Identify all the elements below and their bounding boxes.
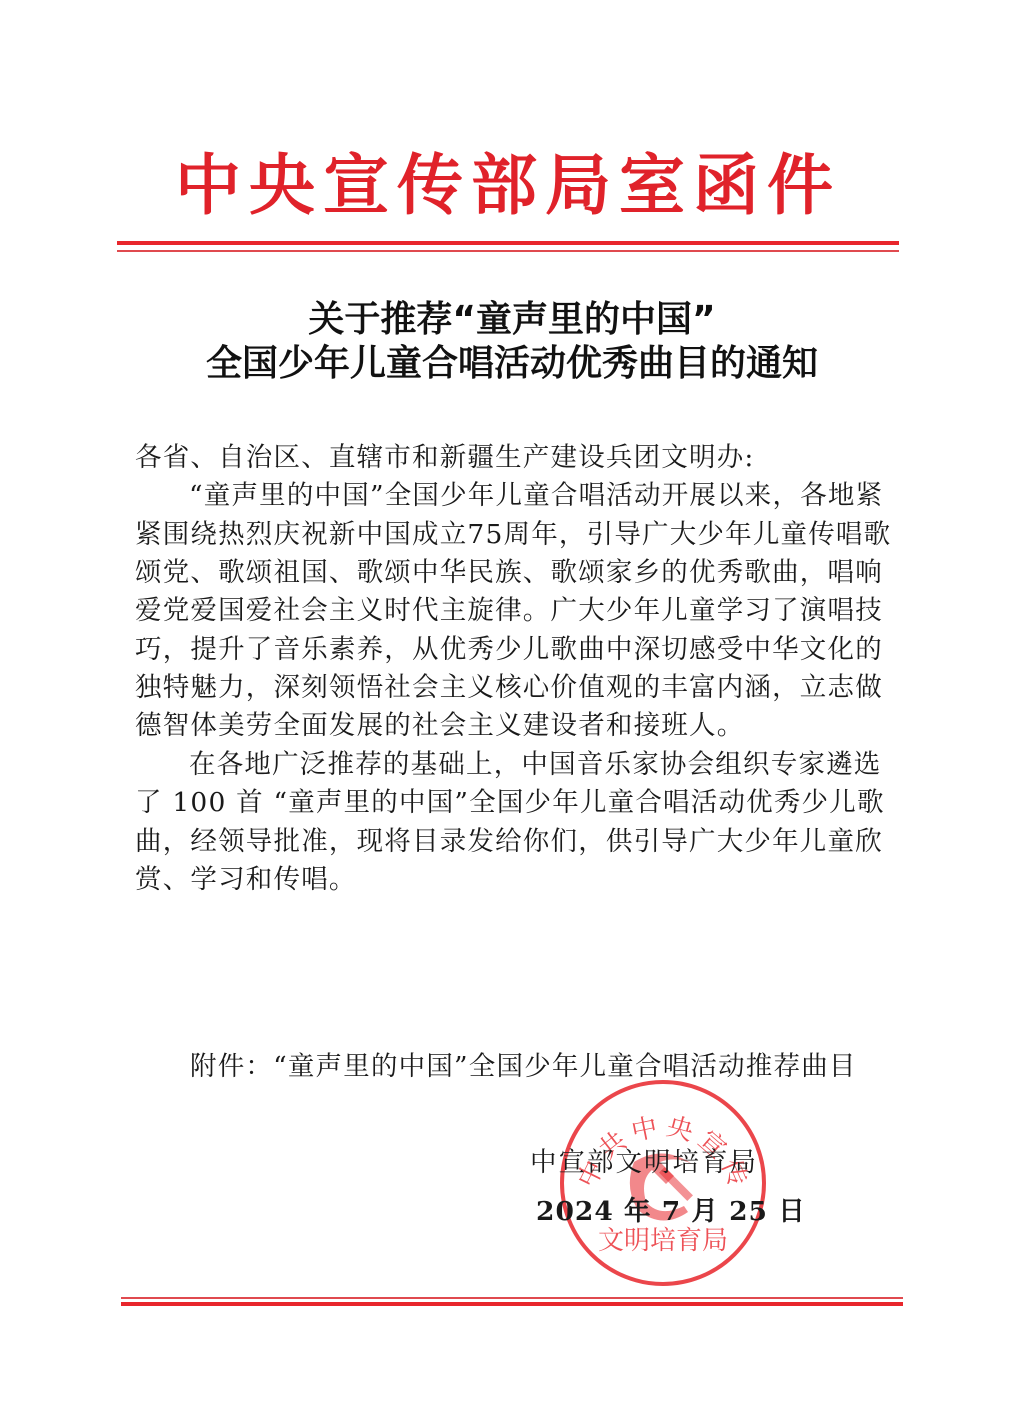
body-line: 巧，提升了音乐素养，从优秀少儿歌曲中深切感受中华文化的: [135, 631, 883, 669]
seal-emblem-icon: 中共中央宣传部 文明培育局: [564, 1084, 762, 1282]
salutation: 各省、自治区、直辖市和新疆生产建设兵团文明办:: [135, 439, 755, 477]
document-page: 中央宣传部局室函件 关于推荐“童声里的中国” 全国少年儿童合唱活动优秀曲目的通知…: [0, 0, 1024, 1414]
issuing-office: 中宣部文明培育局: [530, 1144, 758, 1182]
body-line: 赏、学习和传唱。: [135, 861, 357, 899]
body-line: 德智体美劳全面发展的社会主义建设者和接班人。: [135, 707, 744, 745]
attachment-note: 附件：“童声里的中国”全国少年儿童合唱活动推荐曲目: [190, 1048, 857, 1086]
issue-date: 2024 年 7 月 25 日: [536, 1193, 806, 1231]
body-line: 颂党、歌颂祖国、歌颂中华民族、歌颂家乡的优秀歌曲，唱响: [135, 554, 883, 592]
footer-divider-thin: [121, 1297, 903, 1299]
body-line: 在各地广泛推荐的基础上，中国音乐家协会组织专家遴选: [189, 746, 882, 784]
document-title-line-2: 全国少年儿童合唱活动优秀曲目的通知: [0, 341, 1024, 387]
document-title-line-1: 关于推荐“童声里的中国”: [0, 297, 1024, 343]
body-line: 爱党爱国爱社会主义时代主旋律。广大少年儿童学习了演唱技: [135, 592, 883, 630]
body-line: 独特魅力，深刻领悟社会主义核心价值观的丰富内涵，立志做: [135, 669, 883, 707]
body-line: 了 100 首 “童声里的中国”全国少年儿童合唱活动优秀少儿歌: [135, 784, 885, 822]
body-line: “童声里的中国”全国少年儿童合唱活动开展以来，各地紧: [189, 477, 883, 515]
body-line: 曲，经领导批准，现将目录发给你们，供引导广大少年儿童欣: [135, 823, 883, 861]
official-seal: 中共中央宣传部 文明培育局: [560, 1080, 766, 1286]
footer-divider-thick: [121, 1302, 903, 1306]
masthead-divider-thin: [117, 250, 899, 252]
body-line: 紧围绕热烈庆祝新中国成立75周年，引导广大少年儿童传唱歌: [135, 516, 891, 554]
masthead-divider-thick: [117, 241, 899, 245]
masthead-title: 中央宣传部局室函件: [117, 140, 899, 230]
